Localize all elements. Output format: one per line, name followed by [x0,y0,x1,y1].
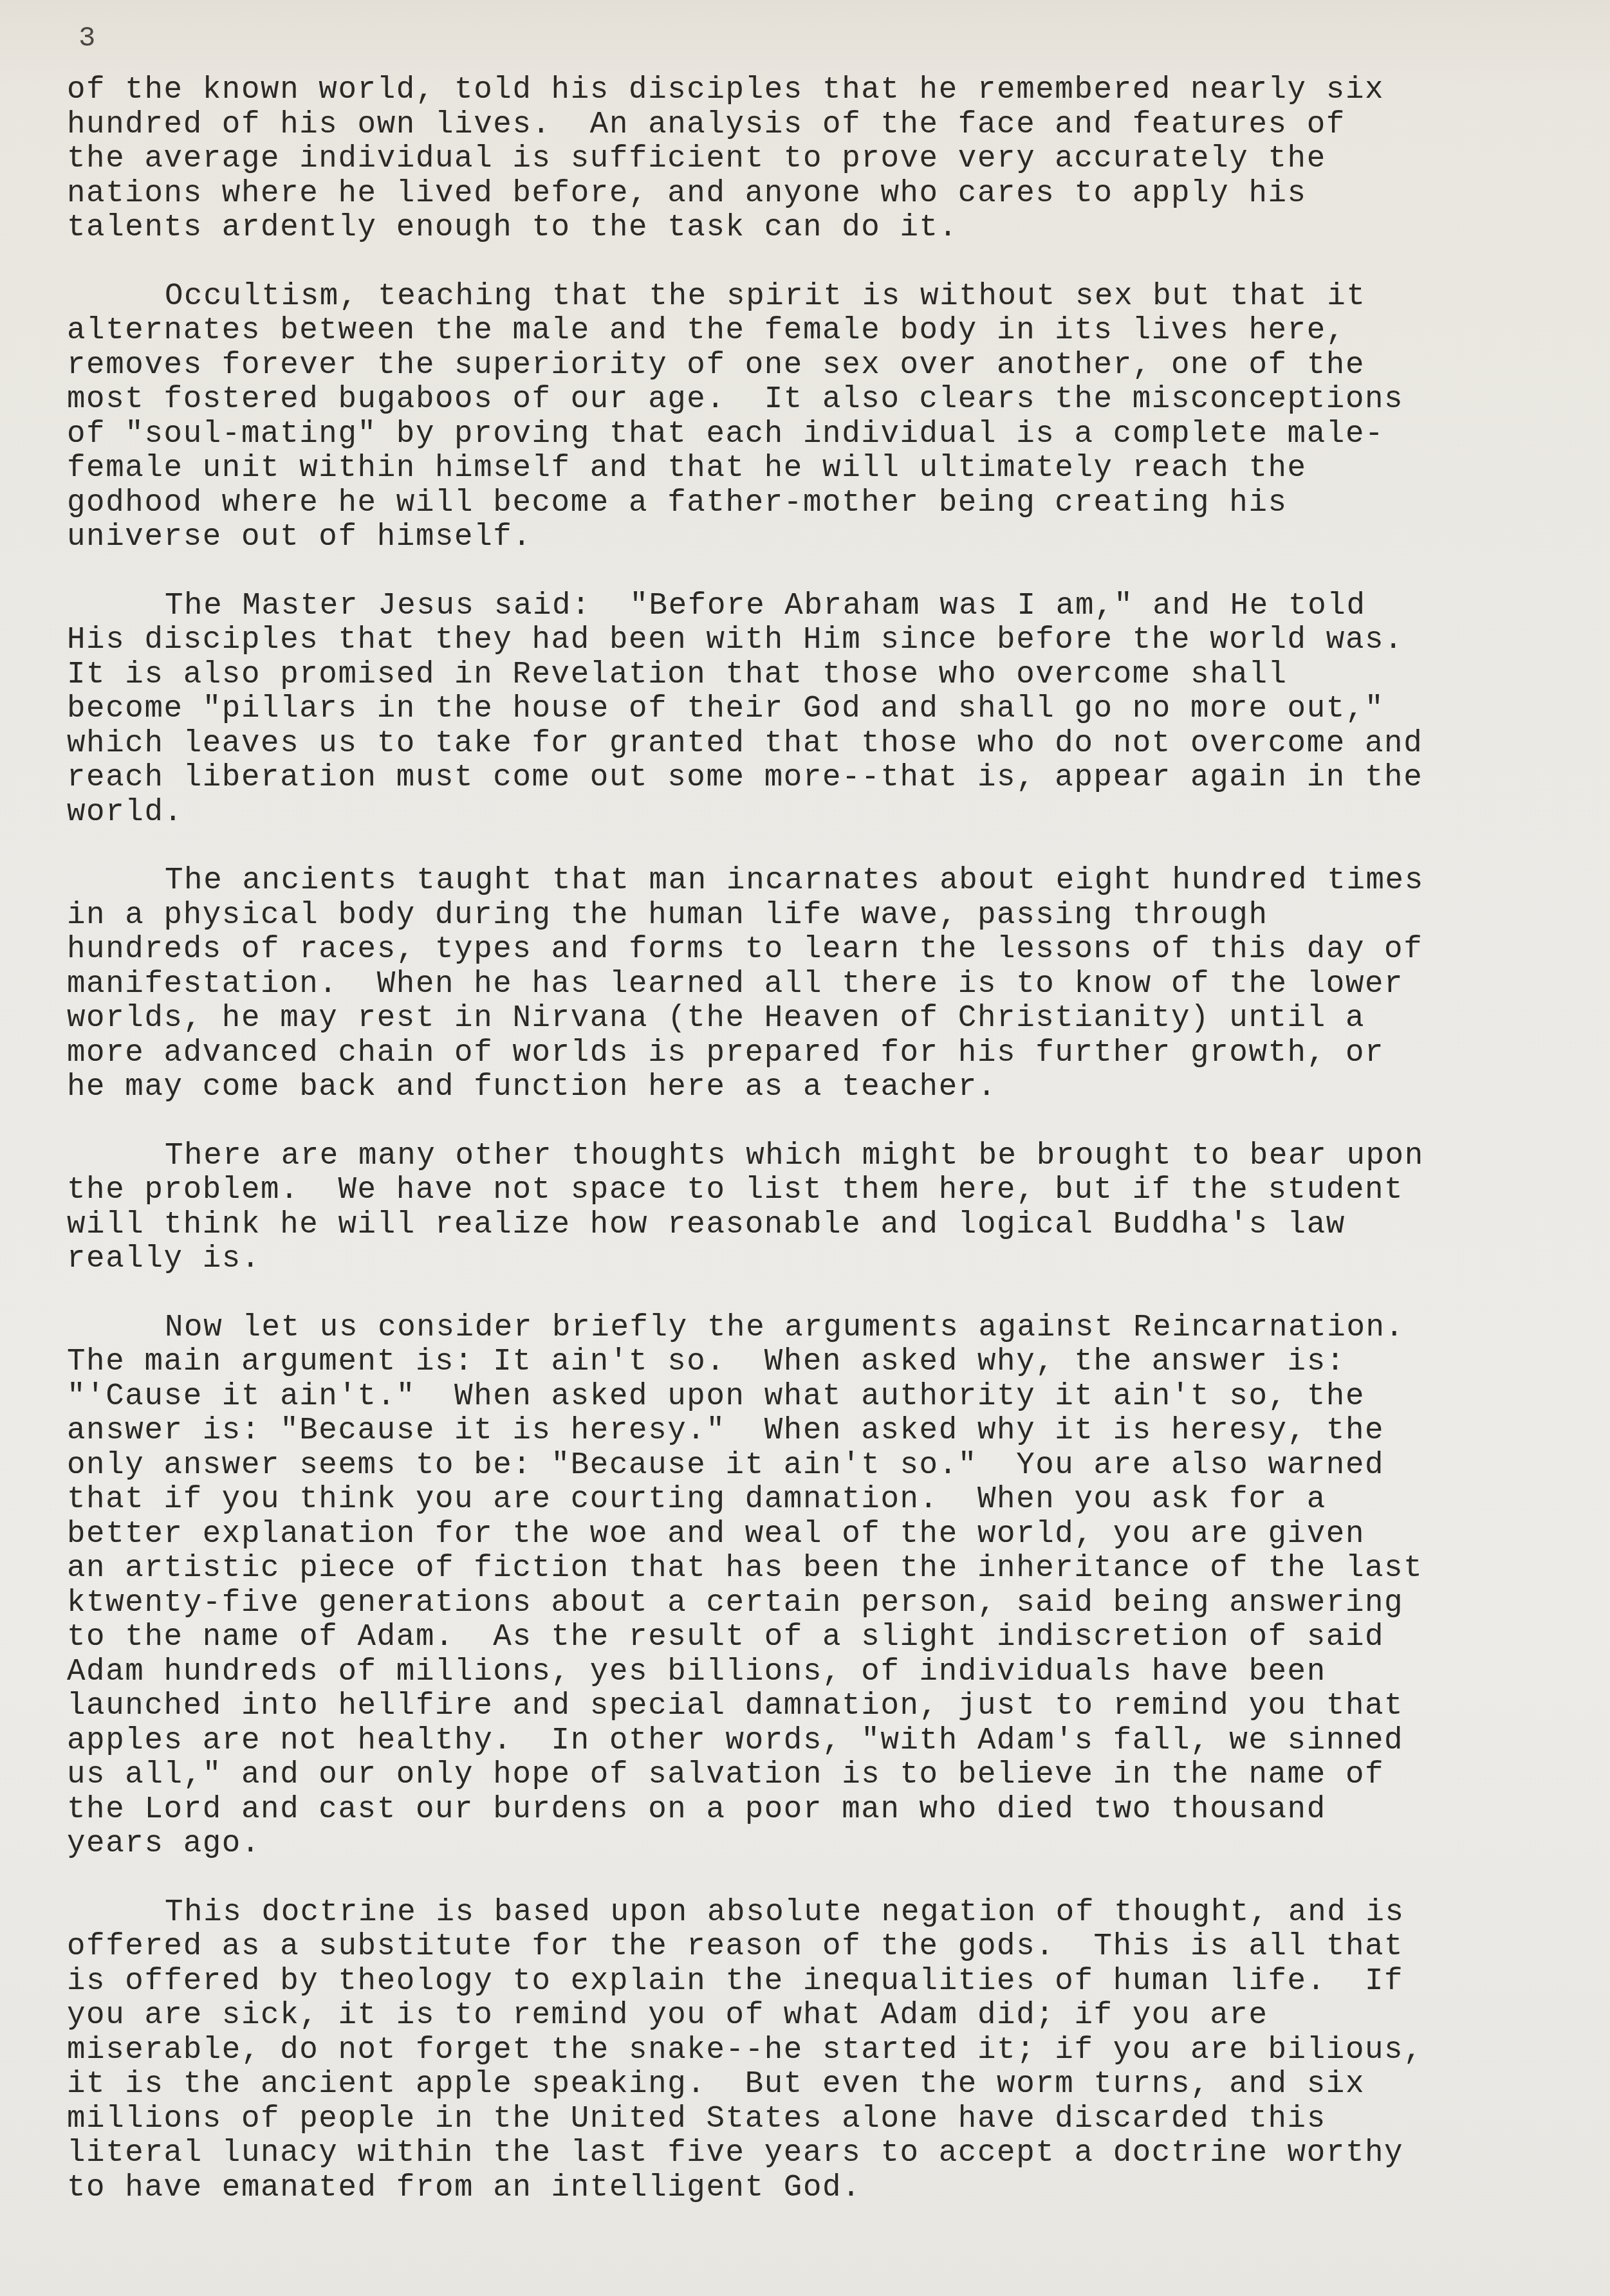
text-line: is offered by theology to explain the in… [67,1965,1573,1999]
text-line: to have emanated from an intelligent God… [67,2171,1573,2206]
text-line: "'Cause it ain't." When asked upon what … [67,1380,1573,1415]
text-line: universe out of himself. [67,520,1573,555]
text-line: really is. [67,1242,1573,1277]
typewritten-page: 3 of the known world, told his disciples… [0,0,1610,2296]
paragraph-occultism: Occultism, teaching that the spirit is w… [67,280,1573,555]
text-line: reach liberation must come out some more… [67,761,1573,796]
text-line: of "soul-mating" by proving that each in… [67,418,1573,452]
text-line: most fostered bugaboos of our age. It al… [67,383,1573,418]
text-line: apples are not healthy. In other words, … [67,1724,1573,1759]
text-line: Occultism, teaching that the spirit is w… [67,280,1573,315]
text-line: Now let us consider briefly the argument… [67,1311,1573,1346]
text-line: offered as a substitute for the reason o… [67,1930,1573,1965]
paragraph-doctrine: This doctrine is based upon absolute neg… [67,1896,1573,2206]
text-line: to the name of Adam. As the result of a … [67,1621,1573,1655]
text-line: female unit within himself and that he w… [67,452,1573,486]
text-line: you are sick, it is to remind you of wha… [67,1999,1573,2034]
text-line: ktwenty-five generations about a certain… [67,1586,1573,1621]
text-line: only answer seems to be: "Because it ain… [67,1449,1573,1483]
body-text: of the known world, told his disciples t… [67,73,1573,2205]
text-line: years ago. [67,1827,1573,1862]
text-line: literal lunacy within the last five year… [67,2136,1573,2171]
text-line: manifestation. When he has learned all t… [67,968,1573,1002]
text-line: It is also promised in Revelation that t… [67,658,1573,693]
page-number: 3 [79,24,95,53]
text-line: launched into hellfire and special damna… [67,1689,1573,1724]
text-line: become "pillars in the house of their Go… [67,692,1573,727]
text-line: Adam hundreds of millions, yes billions,… [67,1655,1573,1690]
paragraph-arguments-against: Now let us consider briefly the argument… [67,1311,1573,1862]
text-line: nations where he lived before, and anyon… [67,177,1573,212]
text-line: in a physical body during the human life… [67,899,1573,933]
text-line: miserable, do not forget the snake--he s… [67,2034,1573,2068]
paragraph-ancients: The ancients taught that man incarnates … [67,864,1573,1105]
text-line: world. [67,796,1573,831]
text-line: the average individual is sufficient to … [67,142,1573,177]
text-line: worlds, he may rest in Nirvana (the Heav… [67,1002,1573,1036]
text-line: removes forever the superiority of one s… [67,349,1573,383]
text-line: There are many other thoughts which migh… [67,1139,1573,1174]
text-line: better explanation for the woe and weal … [67,1518,1573,1552]
text-line: us all," and our only hope of salvation … [67,1758,1573,1793]
text-line: more advanced chain of worlds is prepare… [67,1036,1573,1071]
paragraph-continuation: of the known world, told his disciples t… [67,73,1573,246]
text-line: that if you think you are courting damna… [67,1483,1573,1518]
paragraph-master-jesus: The Master Jesus said: "Before Abraham w… [67,589,1573,831]
text-line: answer is: "Because it is heresy." When … [67,1414,1573,1449]
text-line: godhood where he will become a father-mo… [67,486,1573,521]
text-line: This doctrine is based upon absolute neg… [67,1896,1573,1931]
text-line: hundreds of races, types and forms to le… [67,933,1573,968]
text-line: millions of people in the United States … [67,2102,1573,2137]
paragraph-other-thoughts: There are many other thoughts which migh… [67,1139,1573,1277]
text-line: which leaves us to take for granted that… [67,727,1573,762]
text-line: of the known world, told his disciples t… [67,73,1573,108]
text-line: he may come back and function here as a … [67,1070,1573,1105]
text-line: His disciples that they had been with Hi… [67,623,1573,658]
text-line: the Lord and cast our burdens on a poor … [67,1793,1573,1828]
text-line: will think he will realize how reasonabl… [67,1208,1573,1243]
text-line: the problem. We have not space to list t… [67,1173,1573,1208]
text-line: hundred of his own lives. An analysis of… [67,108,1573,143]
text-line: The Master Jesus said: "Before Abraham w… [67,589,1573,624]
text-line: an artistic piece of fiction that has be… [67,1552,1573,1586]
text-line: alternates between the male and the fema… [67,314,1573,349]
text-line: it is the ancient apple speaking. But ev… [67,2068,1573,2102]
text-line: talents ardently enough to the task can … [67,211,1573,246]
text-line: The main argument is: It ain't so. When … [67,1345,1573,1380]
text-line: The ancients taught that man incarnates … [67,864,1573,899]
